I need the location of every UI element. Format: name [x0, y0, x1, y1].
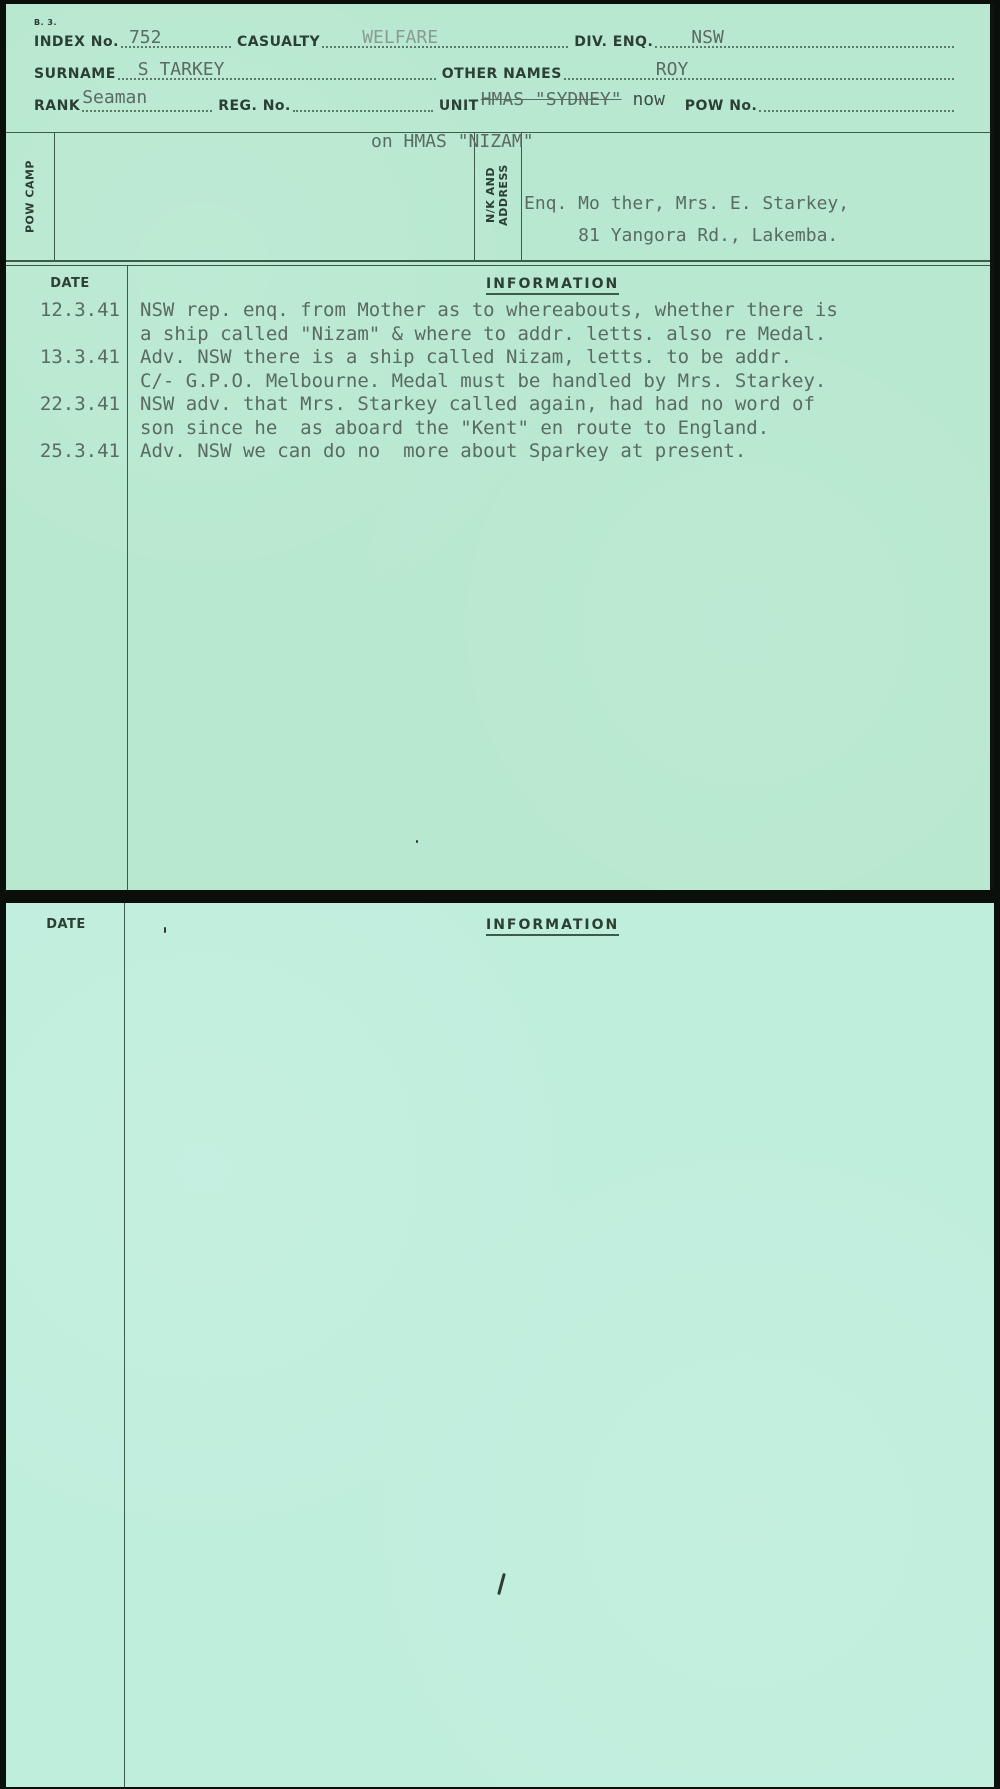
surname-label: SURNAME	[34, 66, 116, 84]
ink-speck	[164, 927, 166, 933]
unit-label: UNIT	[439, 98, 479, 116]
index-no-label: INDEX No.	[34, 34, 119, 52]
information-entry-line: 13.3.41Adv. NSW there is a ship called N…	[6, 346, 990, 370]
entry-date: 25.3.41	[6, 440, 126, 464]
casualty-label: CASUALTY	[237, 34, 320, 52]
reg-no-field	[293, 90, 433, 112]
divider-double-2	[6, 265, 990, 266]
entry-date: 13.3.41	[6, 346, 126, 370]
other-names-label: OTHER NAMES	[442, 66, 562, 84]
row-surname: SURNAME S TARKEY OTHER NAMES ROY	[34, 60, 960, 84]
information-entry-line: 22.3.41NSW adv. that Mrs. Starkey called…	[6, 393, 990, 417]
rank-field: Seaman	[82, 90, 212, 112]
rank-value: Seaman	[82, 87, 147, 108]
back-information-header: INFORMATION	[486, 917, 619, 936]
information-header: INFORMATION	[486, 276, 619, 295]
information-entry-line: 12.3.41NSW rep. enq. from Mother as to w…	[6, 299, 990, 323]
unit-value: HMAS "SYDNEY" now	[481, 89, 665, 110]
divider-double-1	[6, 260, 990, 262]
surname-value: S TARKEY	[138, 59, 225, 80]
pow-camp-divider	[54, 133, 55, 260]
entry-text: Adv. NSW we can do no more about Sparkey…	[126, 440, 746, 464]
information-entry-line: C/- G.P.O. Melbourne. Medal must be hand…	[6, 370, 990, 394]
information-entry-line: son since he as aboard the "Kent" en rou…	[6, 417, 990, 441]
back-date-header: DATE	[8, 917, 124, 932]
pow-no-label: POW No.	[685, 98, 758, 116]
nok-label-line2: ADDRESS	[497, 150, 510, 240]
pow-camp-field	[56, 134, 472, 260]
record-card-front: B. 3. INDEX No. 752 CASUALTY WELFARE DIV…	[6, 4, 994, 890]
entry-date: 22.3.41	[6, 393, 126, 417]
pencil-mark	[497, 1573, 506, 1595]
entry-text: NSW adv. that Mrs. Starkey called again,…	[126, 393, 815, 417]
div-enq-value: NSW	[691, 27, 724, 48]
nok-address-value: Enq. Mo ther, Mrs. E. Starkey, 81 Yangor…	[524, 188, 849, 252]
reg-no-label: REG. No.	[218, 98, 291, 116]
information-entries: 12.3.41NSW rep. enq. from Mother as to w…	[6, 299, 990, 464]
information-entry-line: 25.3.41Adv. NSW we can do no more about …	[6, 440, 990, 464]
div-enq-field: NSW	[655, 26, 954, 48]
index-no-value: 752	[129, 27, 162, 48]
div-enq-label: DIV. ENQ.	[574, 34, 653, 52]
index-no-field: 752	[121, 26, 231, 48]
nok-address-label: N/K AND ADDRESS	[484, 150, 510, 240]
form-code: B. 3.	[34, 18, 57, 27]
row-index: INDEX No. 752 CASUALTY WELFARE DIV. ENQ.…	[34, 28, 960, 52]
entry-text: NSW rep. enq. from Mother as to whereabo…	[126, 299, 838, 323]
entry-text: C/- G.P.O. Melbourne. Medal must be hand…	[126, 370, 826, 394]
record-card-back: DATE INFORMATION	[6, 903, 994, 1787]
entry-date	[6, 417, 126, 441]
unit-struck-value: HMAS "SYDNEY"	[481, 89, 622, 110]
date-header: DATE	[12, 276, 128, 291]
entry-text: Adv. NSW there is a ship called Nizam, l…	[126, 346, 792, 370]
nok-divider-left	[474, 133, 475, 260]
rank-label: RANK	[34, 98, 80, 116]
other-names-value: ROY	[656, 59, 689, 80]
entry-text: a ship called "Nizam" & where to addr. l…	[126, 323, 826, 347]
information-entry-line: a ship called "Nizam" & where to addr. l…	[6, 323, 990, 347]
casualty-field: WELFARE	[322, 26, 568, 48]
unit-value-line2: on HMAS "NIZAM"	[371, 131, 534, 152]
entry-date	[6, 370, 126, 394]
nok-divider-right	[521, 133, 522, 260]
nok-line-1: Enq. Mo ther, Mrs. E. Starkey,	[524, 188, 849, 220]
other-names-field: ROY	[564, 58, 954, 80]
pow-no-field	[759, 90, 954, 112]
entry-date: 12.3.41	[6, 299, 126, 323]
nok-line-2: 81 Yangora Rd., Lakemba.	[524, 220, 849, 252]
ink-speck	[416, 840, 418, 843]
surname-field: S TARKEY	[118, 58, 436, 80]
unit-suffix: now	[622, 89, 665, 110]
nok-label-line1: N/K AND	[484, 150, 497, 240]
row-rank: RANK Seaman REG. No. UNIT HMAS "SYDNEY" …	[34, 92, 960, 116]
entry-date	[6, 323, 126, 347]
unit-field: HMAS "SYDNEY" now	[481, 92, 681, 112]
pow-camp-label: POW CAMP	[24, 147, 37, 247]
back-date-column-divider	[124, 903, 125, 1787]
entry-text: son since he as aboard the "Kent" en rou…	[126, 417, 769, 441]
casualty-value: WELFARE	[362, 27, 438, 48]
